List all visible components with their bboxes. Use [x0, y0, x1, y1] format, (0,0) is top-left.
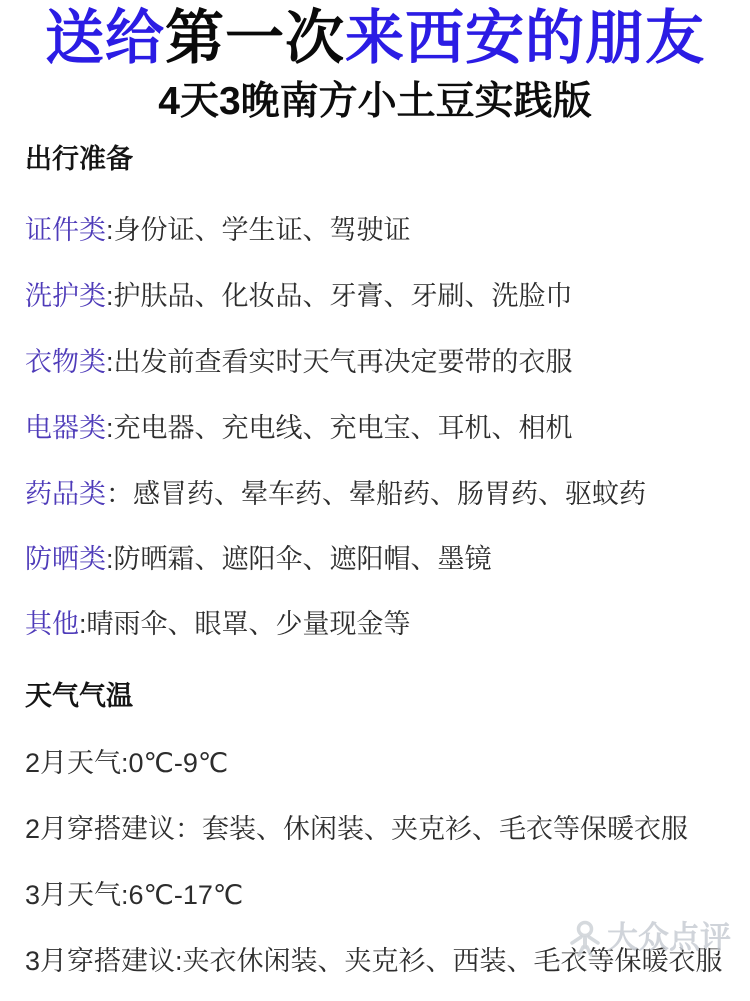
page-subtitle: 4天3晚南方小土豆实践版 — [0, 78, 750, 126]
prep-item-label: 药品类 — [25, 479, 106, 509]
prep-item-separator: : — [106, 347, 114, 377]
title-segment-3: 来西安的朋友 — [345, 5, 705, 71]
prep-item-label: 证件类 — [25, 215, 106, 245]
weather-feb-temperature: 2月天气:0℃-9℃ — [25, 746, 228, 780]
title-segment-1: 送给 — [45, 5, 165, 71]
prep-item-separator: : — [79, 609, 87, 639]
prep-item-separator: : — [106, 215, 114, 245]
prep-item-documents: 证件类:身份证、学生证、驾驶证 — [25, 213, 411, 247]
section-heading-preparation: 出行准备 — [25, 142, 133, 176]
prep-item-separator: : — [106, 544, 114, 574]
prep-item-text: 护肤品、化妆品、牙膏、牙刷、洗脸巾 — [114, 281, 573, 311]
prep-item-text: 充电器、充电线、充电宝、耳机、相机 — [114, 413, 573, 443]
travel-guide-page: 送给第一次来西安的朋友 4天3晚南方小土豆实践版 出行准备 证件类:身份证、学生… — [0, 0, 750, 1001]
prep-item-toiletries: 洗护类:护肤品、化妆品、牙膏、牙刷、洗脸巾 — [25, 279, 573, 313]
prep-item-separator: ： — [106, 479, 133, 509]
prep-item-text: 防晒霜、遮阳伞、遮阳帽、墨镜 — [114, 544, 492, 574]
prep-item-sun-protection: 防晒类:防晒霜、遮阳伞、遮阳帽、墨镜 — [25, 542, 492, 576]
prep-item-label: 电器类 — [25, 413, 106, 443]
prep-item-text: 晴雨伞、眼罩、少量现金等 — [87, 609, 411, 639]
prep-item-label: 防晒类 — [25, 544, 106, 574]
prep-item-clothing: 衣物类:出发前查看实时天气再决定要带的衣服 — [25, 345, 573, 379]
title-segment-2: 第一次 — [165, 5, 345, 71]
prep-item-label: 洗护类 — [25, 281, 106, 311]
prep-item-separator: : — [106, 413, 114, 443]
page-title: 送给第一次来西安的朋友 — [0, 2, 750, 74]
prep-item-others: 其他:晴雨伞、眼罩、少量现金等 — [25, 607, 411, 641]
watermark-text: 大众点评 — [607, 918, 731, 958]
prep-item-electronics: 电器类:充电器、充电线、充电宝、耳机、相机 — [25, 411, 573, 445]
weather-line-text: 2月天气:0℃-9℃ — [25, 748, 228, 778]
prep-item-text: 出发前查看实时天气再决定要带的衣服 — [114, 347, 573, 377]
weather-mar-temperature: 3月天气:6℃-17℃ — [25, 878, 243, 912]
prep-item-medicine: 药品类：感冒药、晕车药、晕船药、肠胃药、驱蚊药 — [25, 477, 646, 511]
dianping-mascot-icon — [568, 919, 602, 957]
prep-item-text: 感冒药、晕车药、晕船药、肠胃药、驱蚊药 — [133, 479, 646, 509]
prep-item-text: 身份证、学生证、驾驶证 — [114, 215, 411, 245]
prep-item-separator: : — [106, 281, 114, 311]
dianping-watermark: 大众点评 — [568, 918, 731, 958]
weather-feb-outfit-advice: 2月穿搭建议：套装、休闲装、夹克衫、毛衣等保暖衣服 — [25, 812, 688, 846]
weather-line-text: 3月天气:6℃-17℃ — [25, 880, 243, 910]
section-heading-weather: 天气气温 — [25, 679, 133, 713]
prep-item-label: 其他 — [25, 609, 79, 639]
prep-item-label: 衣物类 — [25, 347, 106, 377]
weather-line-text: 2月穿搭建议：套装、休闲装、夹克衫、毛衣等保暖衣服 — [25, 814, 688, 844]
